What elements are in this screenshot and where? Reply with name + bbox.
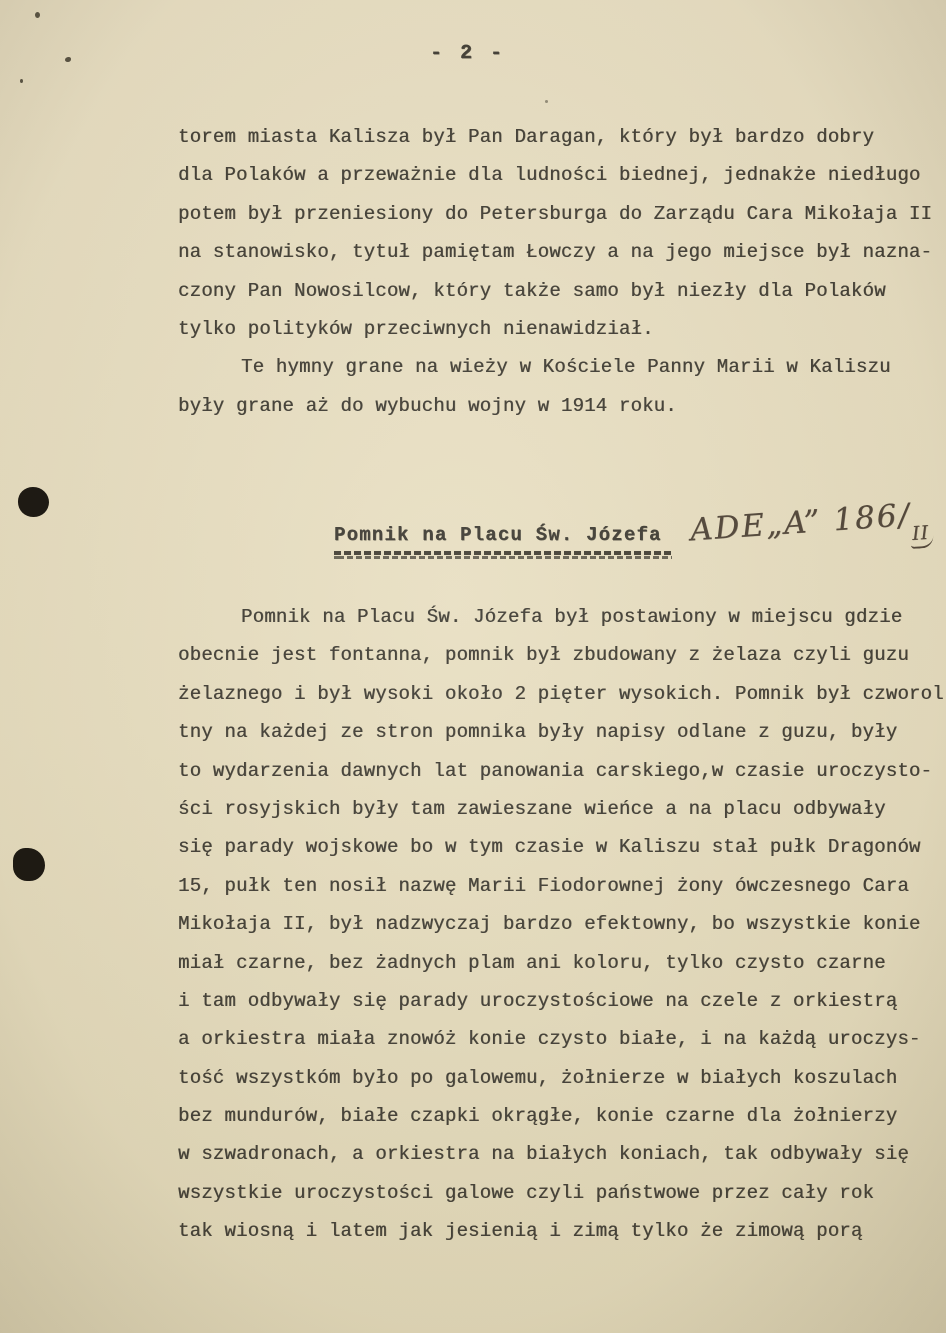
hole-punch-mark	[18, 487, 49, 517]
typed-line: tny na każdej ze stron pomnika były napi…	[178, 713, 944, 751]
typed-line: Pomnik na Placu Św. Józefa był postawion…	[178, 598, 944, 636]
typed-line: tość wszystkóm było po galowemu, żołnier…	[178, 1059, 944, 1097]
typed-line: dla Polaków a przeważnie dla ludności bi…	[178, 156, 938, 194]
paper-speck	[545, 100, 548, 103]
typed-paragraphs-top: torem miasta Kalisza był Pan Daragan, kt…	[178, 118, 938, 425]
typed-line: w szwadronach, a orkiestra na białych ko…	[178, 1135, 944, 1173]
hole-punch-mark	[13, 848, 45, 881]
typed-paragraph-monument: Pomnik na Placu Św. Józefa był postawion…	[178, 598, 944, 1251]
paper-speck	[20, 79, 23, 83]
typed-line: torem miasta Kalisza był Pan Daragan, kt…	[178, 118, 938, 156]
annotation-main: ADE„A” 186/	[689, 497, 912, 548]
typed-line: bez mundurów, białe czapki okrągłe, koni…	[178, 1097, 944, 1135]
paper-speck	[65, 57, 71, 62]
typed-line: Te hymny grane na wieży w Kościele Panny…	[178, 348, 938, 386]
page-number: - 2 -	[430, 42, 505, 65]
typed-line: żelaznego i był wysoki około 2 pięter wy…	[178, 675, 944, 713]
typed-line: wszystkie uroczystości galowe czyli pańs…	[178, 1174, 944, 1212]
typed-line: na stanowisko, tytuł pamiętam Łowczy a n…	[178, 233, 938, 271]
typed-line: i tam odbywały się parady uroczystościow…	[178, 982, 944, 1020]
typed-line: ści rosyjskich były tam zawieszane wieńc…	[178, 790, 944, 828]
typed-line: miał czarne, bez żadnych plam ani koloru…	[178, 944, 944, 982]
typed-line: 15, pułk ten nosił nazwę Marii Fiodorown…	[178, 867, 944, 905]
typed-line: obecnie jest fontanna, pomnik był zbudow…	[178, 636, 944, 674]
scanned-document-page: - 2 - torem miasta Kalisza był Pan Darag…	[0, 0, 946, 1333]
typed-line: potem był przeniesiony do Petersburga do…	[178, 195, 938, 233]
section-title: Pomnik na Placu Św. Józefa	[334, 524, 672, 546]
typed-line: się parady wojskowe bo w tym czasie w Ka…	[178, 828, 944, 866]
typed-line: były grane aż do wybuchu wojny w 1914 ro…	[178, 387, 938, 425]
typed-line: tak wiosną i latem jak jesienią i zimą t…	[178, 1212, 944, 1250]
paper-speck	[35, 12, 40, 18]
typed-line: a orkiestra miała znowóż konie czysto bi…	[178, 1020, 944, 1058]
section-heading: Pomnik na Placu Św. Józefa	[334, 524, 672, 559]
typed-line: to wydarzenia dawnych lat panowania cars…	[178, 752, 944, 790]
archival-annotation: ADE„A” 186/II	[689, 496, 933, 550]
typed-line: Mikołaja II, był nadzwyczaj bardzo efekt…	[178, 905, 944, 943]
annotation-sub: II	[909, 522, 934, 550]
typed-line: czony Pan Nowosilcow, który także samo b…	[178, 272, 938, 310]
typed-line: tylko polityków przeciwnych nienawidział…	[178, 310, 938, 348]
title-underline	[334, 551, 672, 559]
